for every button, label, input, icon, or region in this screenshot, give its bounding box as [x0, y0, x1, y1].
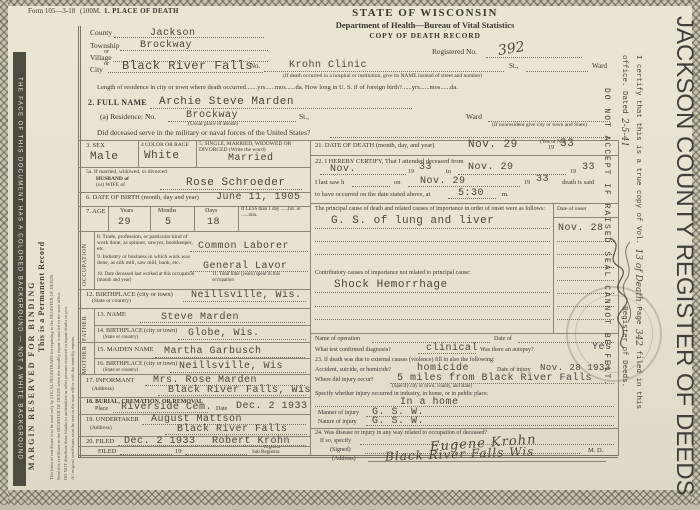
birthplace-leader	[183, 301, 306, 302]
marital-label: 5. SINGLE, MARRIED, WIDOWED OR DIVORCED …	[199, 141, 309, 153]
year-prefix: 19	[524, 180, 530, 187]
print-run: (100M.	[80, 8, 101, 16]
hospital-leader	[264, 71, 504, 72]
hospital-ward-label: Ward	[592, 63, 607, 71]
address-underline	[368, 461, 606, 462]
test-label: What test confirmed diagnosis?	[315, 347, 391, 354]
filed-label: 20. FILED	[86, 438, 114, 445]
full-name-leader	[150, 108, 412, 109]
address-label: (Address)	[332, 456, 356, 463]
margin-instruction-line: This form of certificate is to be used o…	[48, 128, 55, 480]
burial-date-value: Dec. 2 1933	[236, 401, 308, 412]
occupation-related-label: 24. Was disease or injury in any way rel…	[315, 430, 617, 437]
row-line	[78, 308, 310, 309]
occupation-side-label: OCCUPATION	[82, 236, 88, 286]
date-handwritten: 2-5-41	[619, 118, 629, 147]
where-note: (Specify city or town, county, and state…	[392, 384, 472, 390]
row-line	[78, 446, 310, 447]
registered-no-label: Registered No.	[432, 48, 477, 56]
informant-addr-value: Black River Falls, Wis	[168, 385, 311, 396]
binding-margin-label: MARGIN RESERVED FOR BINDING	[27, 148, 36, 470]
last-saw-leader	[352, 186, 390, 187]
cell-divider	[238, 206, 239, 231]
sex-value: Male	[90, 151, 118, 163]
burial-place-value: Riverside Cem.	[121, 402, 212, 413]
last-saw-date-leader	[408, 186, 520, 187]
principal-cause-label: The principal cause of death and related…	[315, 206, 550, 213]
margin-instructions: This form of certificate is to be used o…	[48, 128, 76, 480]
occupation-q9-label: 9. Industry or business in which work wa…	[97, 254, 197, 266]
burial-date-label: Date	[216, 406, 227, 413]
father-name-label: 13. NAME	[97, 311, 126, 318]
mother-name-value: Martha Garbusch	[164, 346, 262, 357]
test-leader	[418, 353, 476, 354]
sub-filed-label: FILED	[98, 448, 116, 455]
spouse-value: Rose Schroeder	[186, 177, 285, 189]
cell-divider	[108, 206, 109, 231]
age-days-value: 18	[207, 217, 220, 228]
margin-instruction-line: Send this certificate to the REGISTER OF…	[55, 128, 62, 480]
last-saw-label: I last saw h	[315, 179, 344, 186]
township-value: Brockway	[140, 40, 192, 51]
county-label: County	[90, 29, 112, 37]
row-line	[94, 358, 310, 359]
occurred-label: to have occurred on the date stated abov…	[315, 191, 430, 198]
state-title: STATE OF WISCONSIN	[330, 7, 520, 19]
last-saw-year: 33	[536, 174, 549, 185]
father-bp-label: 14. BIRTHPLACE (city or town)	[97, 328, 177, 335]
border-top	[0, 0, 700, 6]
operation-date-label: Date of	[494, 336, 512, 343]
date-of-death-year: 33	[560, 138, 574, 150]
mother-bp-label: 16. BIRTHPLACE (city or town)	[97, 361, 177, 368]
jackson-county-title: JACKSON COUNTY REGISTER OF DEEDS	[652, 16, 698, 496]
onset-column-divider	[553, 203, 554, 333]
age-months-value: 5	[165, 217, 172, 228]
row-line	[78, 342, 310, 343]
spouse-label: 5a. If married, widowed, or divorced	[86, 169, 206, 175]
mother-bp-sub: (State or country)	[103, 368, 138, 374]
nature-injury-label: Nature of injury	[318, 419, 357, 426]
attended-to-value: Nov. 29	[468, 162, 514, 173]
certification-text: I certify that this is a true copy of Vo…	[634, 55, 642, 244]
border-bottom	[0, 490, 700, 506]
accident-label: Accident, suicide, or homicide?	[315, 367, 391, 374]
to-label: to	[446, 168, 451, 175]
county-value: Jackson	[150, 28, 196, 39]
days-label: Days	[205, 208, 217, 215]
year-prefix: 19	[570, 169, 576, 176]
on-label: on	[394, 179, 401, 186]
months-label: Months	[158, 208, 176, 215]
dept-title: Department of Health—Bureau of Vital Sta…	[310, 21, 540, 31]
year-prefix: 19	[548, 145, 554, 152]
sub-filed-year: 19	[175, 448, 182, 455]
hospital-no-label: No.	[250, 63, 260, 71]
sex-label: 3. SEX	[86, 142, 105, 149]
attended-from-year: 33	[419, 162, 432, 173]
cell-divider	[194, 206, 195, 231]
residence-length-line: Length of residence in city or town wher…	[97, 84, 617, 91]
occupation-q11-label: 11. Total time (years) spent in this occ…	[212, 272, 302, 283]
dob-label: 6. DATE OF BIRTH (month, day and year)	[86, 194, 221, 201]
age-label: 7. AGE	[86, 208, 106, 215]
principal-cause-value: G. S. of lung and liver	[331, 215, 494, 227]
hospital-st-leader	[526, 71, 588, 72]
contrib-leader	[315, 292, 550, 293]
marital-value: Married	[228, 153, 274, 164]
race-value: White	[144, 150, 180, 162]
date-of-death-value: Nov. 29	[468, 139, 518, 151]
years-label: Years	[120, 208, 133, 215]
undertaker-addr-value: Black River Falls	[177, 424, 288, 435]
border-bottom-edge	[0, 505, 700, 510]
contrib-leader	[315, 319, 550, 320]
burial-place-label: Place	[95, 406, 108, 413]
less-than-day-label: If LESS than 1 day ......hrs. or ......m…	[241, 207, 307, 218]
sub-registrar-label: Sub Registrar.	[252, 450, 280, 456]
dated-label: office. Dated	[620, 55, 628, 114]
public-leader	[315, 406, 614, 407]
attended-leader	[320, 174, 406, 175]
residence-label: (a) Residence: No.	[100, 113, 156, 121]
attended-to-year: 33	[582, 162, 595, 173]
form-left-border	[78, 26, 81, 458]
contributory-value: Shock Hemorrhage	[334, 279, 448, 291]
row-line	[94, 325, 310, 326]
place-of-death-heading: 1. PLACE OF DEATH	[104, 8, 179, 16]
cell-divider	[138, 140, 139, 167]
cause-leader	[315, 241, 550, 242]
full-name-label: 2. FULL NAME	[88, 99, 147, 108]
manner-injury-label: Manner of injury	[318, 410, 359, 417]
column-divider	[310, 140, 311, 455]
hospital-st-label: St.,	[509, 63, 518, 71]
sub-filed-leader2	[185, 454, 247, 455]
sub-filed-leader	[120, 454, 172, 455]
death-time-leader	[448, 198, 496, 199]
signed-label: (Signed)	[330, 447, 351, 454]
spouse-leader	[160, 189, 302, 190]
military-label: Did deceased serve in the military or na…	[97, 129, 310, 137]
residence-value: Brockway	[186, 110, 238, 121]
row-line	[78, 167, 310, 168]
father-name-value: Steve Marden	[161, 312, 239, 323]
race-label: 4 COLOR OR RACE	[141, 142, 195, 148]
register-signature-scribble	[596, 232, 648, 350]
m-label: m.	[502, 191, 509, 198]
row-line	[310, 155, 618, 156]
dob-value: June 11, 1905	[216, 192, 301, 203]
cause-leader	[315, 228, 550, 229]
birthplace-sub: (State or country)	[92, 298, 131, 304]
border-left	[0, 0, 8, 510]
cell-divider	[94, 231, 95, 289]
city-label: City	[90, 66, 103, 74]
attended-to-leader	[458, 174, 566, 175]
death-certificate-scan: THE FACE OF THIS DOCUMENT HAS A COLORED …	[0, 0, 700, 510]
nature-leader	[366, 425, 614, 426]
age-years-value: 29	[118, 217, 131, 228]
mother-bp-value: Neillsville, Wis	[179, 361, 283, 372]
form-number: Form 105—3-18	[28, 8, 75, 16]
father-bp-value: Globe, Wis.	[188, 328, 260, 339]
death-said-label: death is said	[562, 179, 594, 186]
father-bp-sub: (State or country)	[103, 335, 138, 341]
contrib-leader	[315, 306, 550, 307]
ifso-label: If so, specify	[320, 438, 351, 445]
father-bp-leader	[178, 339, 306, 340]
occupation-q8-label: 8. Trade, profession, or particular kind…	[97, 234, 197, 252]
where-label: Where did injury occur?	[315, 377, 373, 384]
hospital-note: (If death occurred in a hospital or inst…	[283, 73, 613, 79]
mother-side-label: MOTHER	[82, 344, 88, 374]
undertaker-addr-label: (Address)	[90, 425, 112, 431]
full-name-value: Archie Steve Marden	[159, 96, 294, 108]
date-of-death-label: 21. DATE OF DEATH (month, day, and year)	[315, 142, 434, 149]
contributory-label: Contributory causes of importance not re…	[315, 270, 555, 277]
mother-name-label: 15. MAIDEN NAME	[97, 346, 154, 353]
row-line	[310, 428, 618, 429]
residence-st-label: St.,	[299, 113, 309, 121]
security-band-text: THE FACE OF THIS DOCUMENT HAS A COLORED …	[17, 77, 23, 460]
margin-instruction-line: DO NOT distribute these blanks to undert…	[62, 128, 69, 480]
nonresident-note: (If nonresident give city or town and St…	[492, 122, 587, 128]
copy-title: COPY OF DEATH RECORD	[350, 32, 500, 40]
abode-note: (Usual place of abode)	[188, 121, 238, 127]
public-place-label: Specify whether injury occurred in indus…	[315, 391, 615, 398]
informant-addr-label: (Address)	[92, 386, 114, 392]
row-line	[78, 397, 310, 398]
occupation-q10-label: 10. Date deceased last worked at this oc…	[97, 272, 197, 283]
autopsy-label: Was there an autopsy?	[480, 347, 534, 354]
mother-bp-leader	[170, 372, 306, 373]
birthplace-value: Neillsville, Wis.	[191, 290, 302, 301]
permanent-record-label: This is a Permanent Record	[37, 92, 46, 352]
row-line	[78, 231, 310, 232]
wife-label: (or) WIFE of	[96, 182, 125, 188]
cell-divider	[150, 206, 151, 231]
occupation-q8-value: Common Laborer	[198, 241, 289, 252]
margin-instruction-line: All original certificates must be sent t…	[69, 128, 76, 480]
residence-ward-label: Ward	[466, 113, 482, 121]
row-line	[310, 203, 618, 204]
operation-label: Name of operation	[315, 336, 360, 343]
informant-label: 17. INFORMANT	[86, 377, 134, 384]
or-label-2: or	[104, 61, 109, 68]
security-band: THE FACE OF THIS DOCUMENT HAS A COLORED …	[13, 52, 26, 486]
undertaker-label: 19. UNDERTAKER	[86, 416, 139, 423]
father-side-label: FATHER	[82, 311, 88, 341]
city-value: Black River Falls	[122, 59, 253, 73]
grid-top-line	[78, 140, 618, 141]
year-prefix: 19	[408, 169, 414, 176]
hospital-value: Krohn Clinic	[289, 60, 367, 71]
cell-divider	[196, 140, 197, 167]
cause-leader	[315, 254, 550, 255]
occupation-q9-value: General Lavor	[203, 261, 288, 272]
